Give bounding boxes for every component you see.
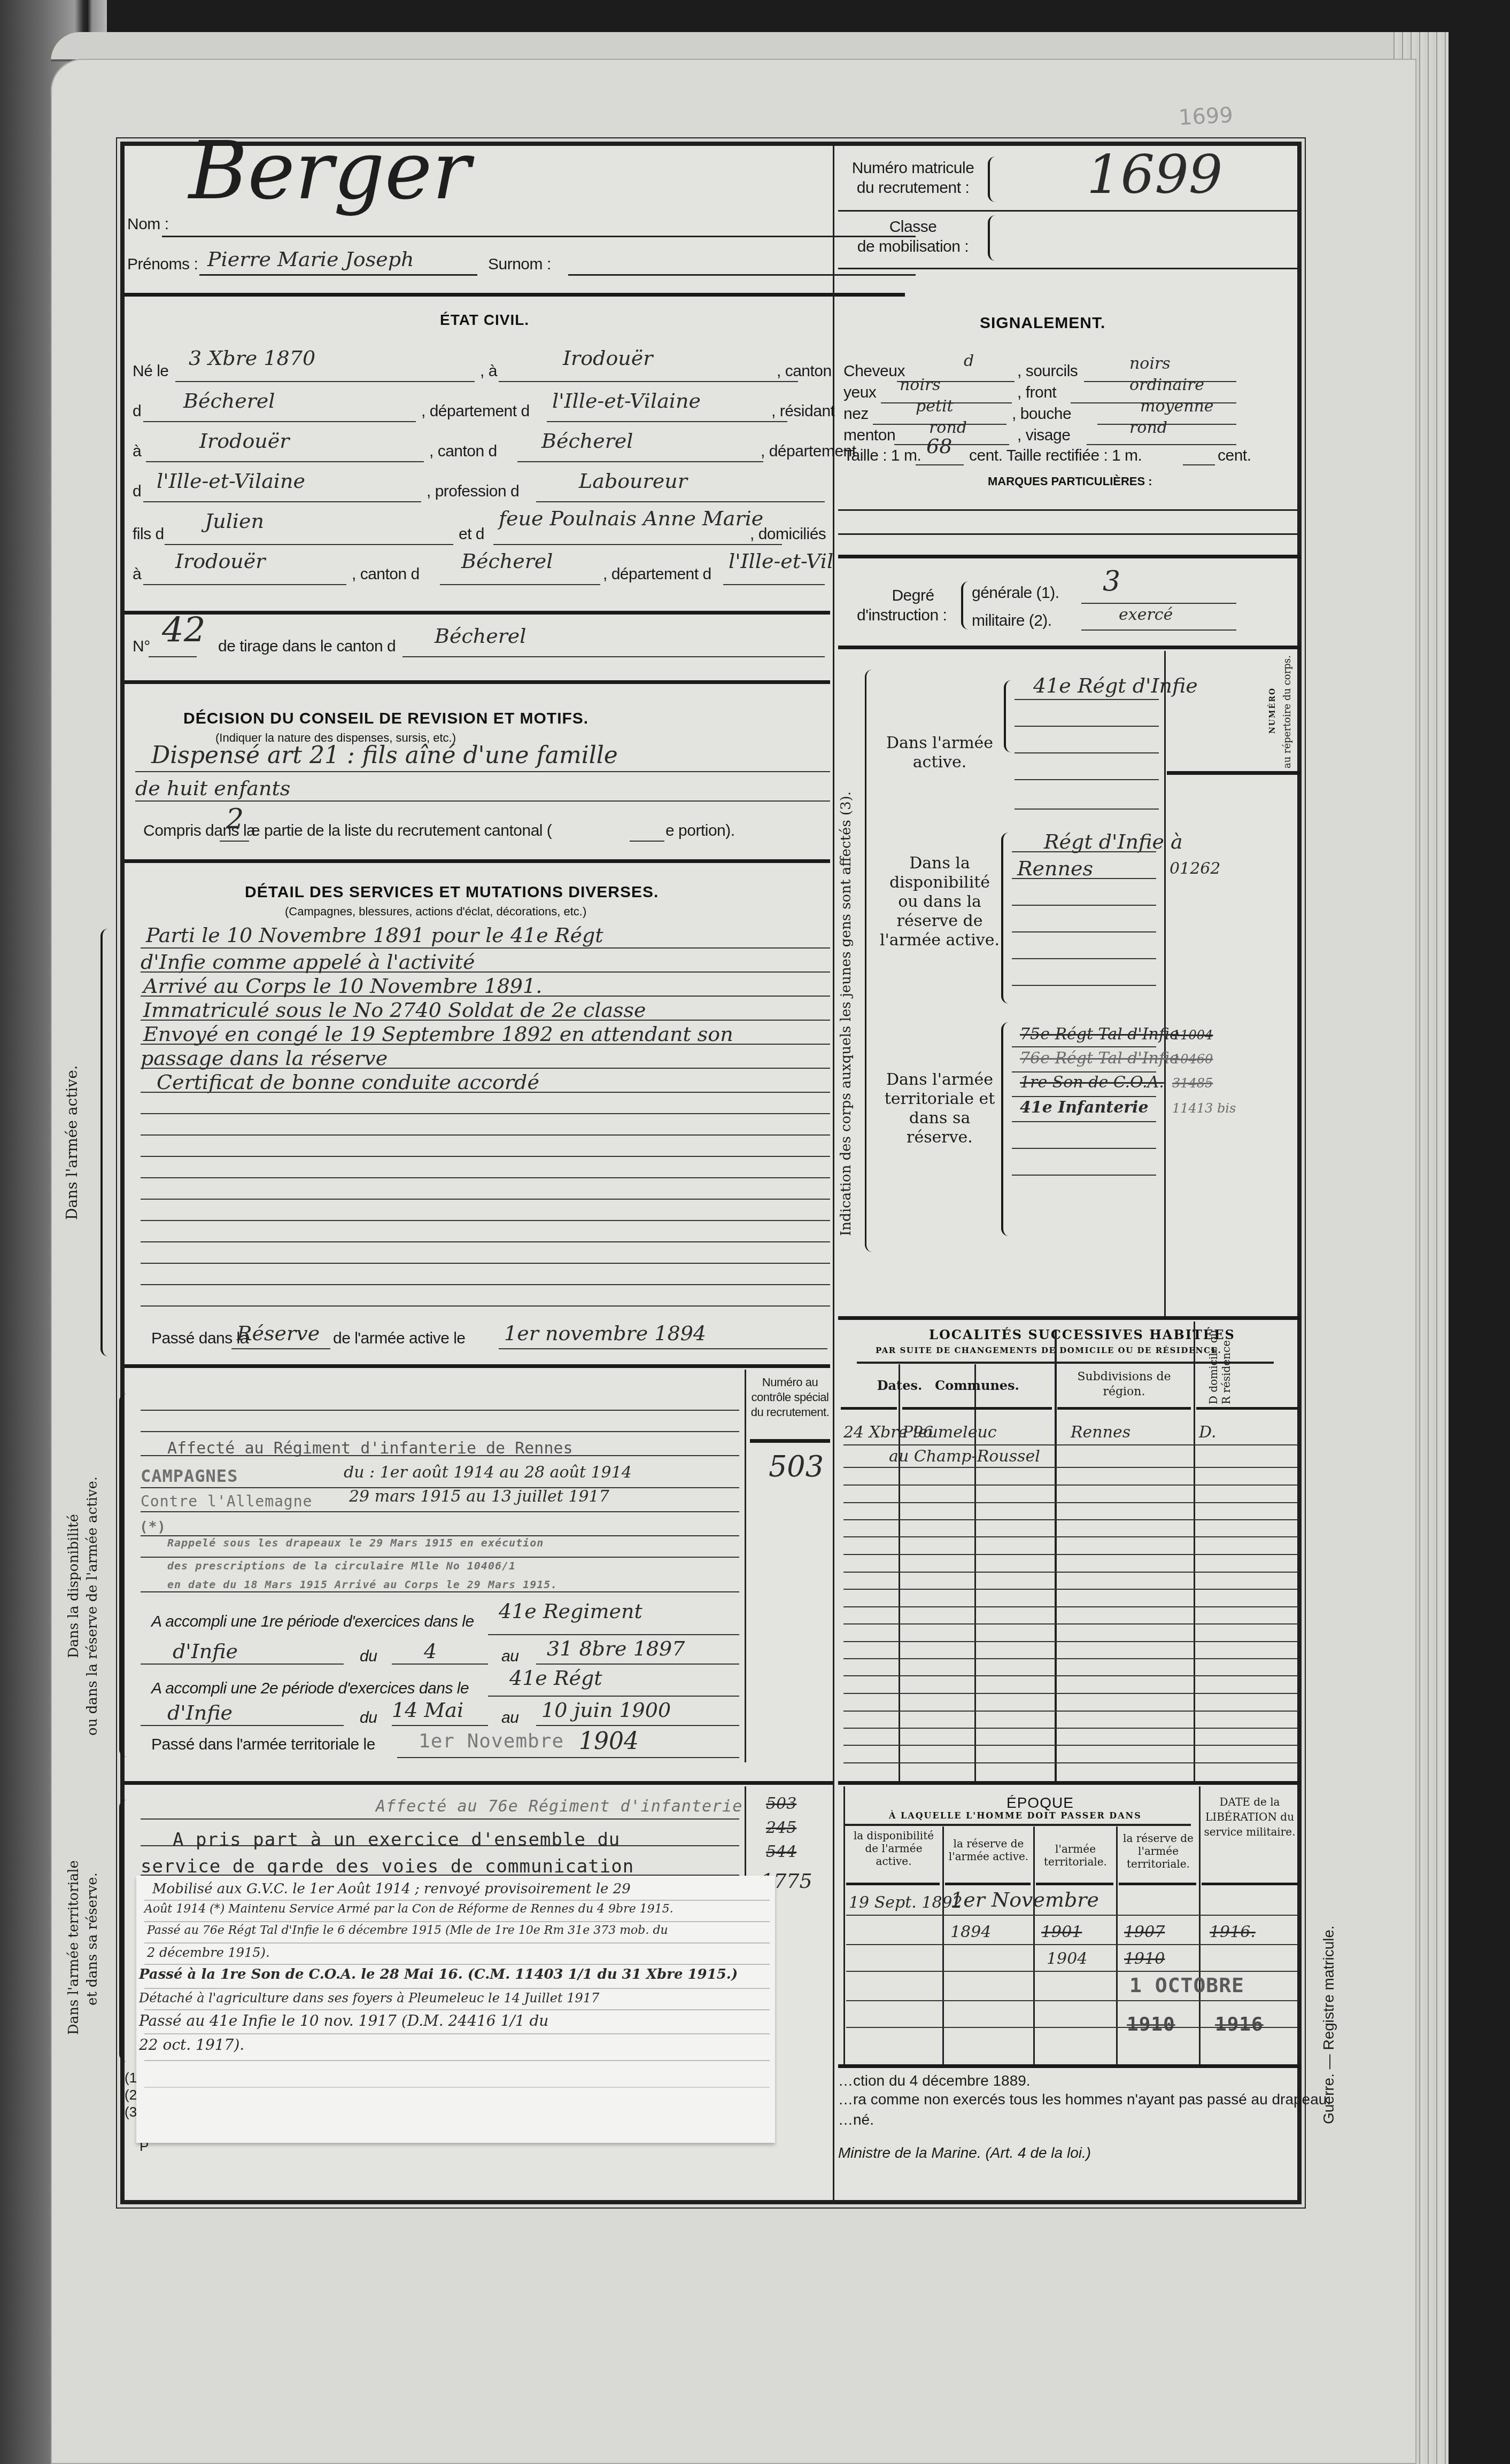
numero-header-1: NUMÉRO bbox=[1268, 687, 1277, 734]
marques-title: MARQUES PARTICULIÈRES : bbox=[988, 475, 1152, 488]
epoque-header-rule-3 bbox=[1036, 1883, 1113, 1885]
visage-label: , visage bbox=[1017, 426, 1070, 445]
active-brace bbox=[1004, 680, 1011, 752]
prenoms-label: Prénoms : bbox=[127, 255, 198, 274]
profession-label: , profession d bbox=[427, 483, 519, 501]
territoriale-side-label-1: Dans l'armée territoriale bbox=[66, 1860, 82, 2035]
passe-territoriale-stamp: 1er Novembre bbox=[419, 1730, 564, 1752]
campagnes-dates: du : 1er août 1914 au 28 août 1914 bbox=[344, 1463, 632, 1482]
line bbox=[144, 1921, 770, 1922]
territoriale-entry-3: 1re Son de C.O.A. bbox=[1020, 1073, 1164, 1092]
generale-value: 3 bbox=[1103, 565, 1120, 597]
domicile-canton-label: , canton d bbox=[352, 565, 420, 584]
service-line-1: Parti le 10 Novembre 1891 pour le 41e Ré… bbox=[146, 923, 603, 947]
signalement-title: SIGNALEMENT. bbox=[980, 314, 1105, 332]
pasted-line-1: Mobilisé aux G.V.C. le 1er Août 1914 ; r… bbox=[152, 1881, 631, 1897]
degre-label-2: d'instruction : bbox=[857, 607, 947, 625]
line bbox=[843, 1519, 1298, 1520]
matricule-label-2: du recrutement : bbox=[841, 179, 985, 197]
yeux-label: yeux bbox=[843, 384, 876, 402]
nom-label: Nom : bbox=[127, 215, 169, 234]
line bbox=[141, 1199, 830, 1200]
line bbox=[846, 1944, 1298, 1945]
yeux-value: noirs bbox=[900, 376, 941, 394]
nez-value: petit bbox=[916, 397, 954, 416]
line bbox=[843, 1658, 1298, 1659]
pasted-line-8: 22 oct. 1917). bbox=[139, 2036, 244, 2054]
line bbox=[1012, 931, 1156, 932]
marques-line-2 bbox=[838, 533, 1300, 535]
nom-value: Berger bbox=[189, 125, 470, 217]
line bbox=[220, 841, 249, 842]
passe-reserve-date: 1er novembre 1894 bbox=[504, 1322, 706, 1345]
dispo-brace bbox=[1001, 833, 1009, 1004]
line bbox=[630, 841, 664, 842]
epoque-col-reserve-active: la réserve de l'armée active. bbox=[945, 1837, 1032, 1863]
territoriale-controle-3: 544 bbox=[766, 1843, 796, 1861]
line bbox=[141, 1284, 830, 1285]
front-value: ordinaire bbox=[1129, 376, 1204, 394]
epoque-row-1-label: 1er Novembre bbox=[950, 1888, 1099, 1911]
line bbox=[488, 1634, 739, 1635]
ne-le-label: Né le bbox=[133, 362, 169, 380]
epoque-stamp-year-1: 1910 bbox=[1127, 2014, 1175, 2035]
active-label: Dans l'armée active. bbox=[878, 734, 1001, 772]
periode1-au-label: au bbox=[501, 1647, 518, 1666]
territoriale-number-2: 10460 bbox=[1172, 1052, 1213, 1067]
epoque-col-divider-4 bbox=[1199, 1786, 1201, 2064]
decision-line-2: de huit enfants bbox=[135, 776, 290, 800]
canton-value: Bécherel bbox=[183, 389, 275, 413]
line bbox=[144, 2009, 770, 2010]
line bbox=[135, 800, 830, 802]
line bbox=[144, 2033, 770, 2034]
line bbox=[1012, 851, 1156, 852]
menton-label: menton bbox=[843, 426, 895, 445]
numero-label: N° bbox=[133, 638, 150, 656]
residence-dept-d-label: d bbox=[133, 483, 141, 501]
passe-territoriale-label: Passé dans l'armée territoriale le bbox=[151, 1736, 375, 1754]
footnote-line-1: …ction du 4 décembre 1889. bbox=[838, 2072, 1031, 2089]
line bbox=[141, 947, 830, 949]
d-label: d bbox=[133, 402, 141, 421]
epoque-stamp-year-2: 1916 bbox=[1215, 2014, 1264, 2035]
line bbox=[846, 1915, 1298, 1916]
services-brace bbox=[100, 929, 108, 1356]
corner-pencil-number: 1699 bbox=[1178, 103, 1234, 130]
residant-label: , résidant bbox=[771, 402, 834, 421]
periode1-label: A accompli une 1re période d'exercices d… bbox=[151, 1613, 474, 1631]
numero-header-divider bbox=[1167, 771, 1300, 775]
dispo-label: Dans la disponibilité ou dans la réserve… bbox=[878, 854, 1001, 950]
line bbox=[1012, 1121, 1156, 1122]
domicile-departement-value: l'Ille-et-Vil bbox=[729, 549, 833, 573]
degre-divider bbox=[838, 646, 1300, 649]
line bbox=[141, 1818, 739, 1820]
residence-canton-label: , canton d bbox=[429, 442, 497, 461]
tirage-label: de tirage dans le canton d bbox=[218, 638, 396, 656]
pasted-line-2: Août 1914 (*) Maintenu Service Armé par … bbox=[144, 1902, 673, 1916]
footnote-line-3: …né. bbox=[838, 2111, 874, 2128]
line bbox=[843, 1728, 1298, 1729]
line bbox=[843, 1606, 1298, 1607]
dates-header-rule bbox=[841, 1407, 897, 1410]
line bbox=[1012, 1096, 1156, 1097]
line bbox=[1081, 603, 1236, 604]
epoque-header-rule-1 bbox=[846, 1883, 940, 1885]
line bbox=[843, 1711, 1298, 1712]
line bbox=[231, 1348, 330, 1349]
line bbox=[141, 1092, 830, 1093]
localites-divider bbox=[838, 1781, 1300, 1785]
localite-commune-1: Pleumeleuc bbox=[902, 1423, 997, 1442]
numero-tirage-value: 42 bbox=[162, 611, 205, 650]
line bbox=[536, 1725, 739, 1726]
line bbox=[141, 1020, 830, 1021]
territoriale-number-4: 11413 bis bbox=[1172, 1101, 1236, 1116]
line bbox=[1081, 629, 1236, 631]
line bbox=[141, 1068, 830, 1069]
line bbox=[1015, 699, 1159, 700]
territoriale-number-3: 31485 bbox=[1172, 1076, 1213, 1091]
residence-departement-label: , département bbox=[761, 442, 856, 461]
line bbox=[141, 1220, 830, 1221]
militaire-value: exercé bbox=[1119, 605, 1173, 624]
line bbox=[916, 464, 964, 465]
surnom-underline bbox=[568, 274, 916, 276]
pasted-line-4: 2 décembre 1915). bbox=[147, 1945, 270, 1960]
line bbox=[165, 544, 453, 545]
epoque-liberation-year: 1916. bbox=[1210, 1923, 1256, 1941]
dispo-side-label-2: ou dans la réserve de l'armée active. bbox=[84, 1476, 100, 1736]
line bbox=[1012, 985, 1156, 986]
line bbox=[144, 2060, 770, 2061]
line bbox=[499, 1348, 827, 1349]
line bbox=[1012, 905, 1156, 906]
etat-civil-title: ÉTAT CIVIL. bbox=[440, 312, 529, 329]
residence-value: Irodouër bbox=[199, 429, 289, 453]
numero-column-divider bbox=[1164, 651, 1166, 1316]
rappele-line-2: des prescriptions de la circulaire Mlle … bbox=[167, 1559, 516, 1572]
line bbox=[1015, 726, 1159, 727]
line bbox=[392, 1664, 488, 1665]
profession-value: Laboureur bbox=[579, 469, 687, 493]
line bbox=[143, 421, 416, 422]
domicilies-label: , domiciliés bbox=[750, 525, 826, 543]
line bbox=[144, 1988, 770, 1989]
pasted-line-7: Passé au 41e Infie le 10 nov. 1917 (D.M.… bbox=[139, 2012, 548, 2030]
line bbox=[843, 1762, 1298, 1763]
line bbox=[1015, 752, 1159, 753]
departement-value: l'Ille-et-Vilaine bbox=[552, 389, 701, 413]
periode1-du-label: du bbox=[360, 1647, 377, 1666]
line bbox=[843, 1467, 1298, 1468]
localite-dr-1: D. bbox=[1199, 1423, 1217, 1442]
classe-brace bbox=[988, 215, 995, 261]
line bbox=[141, 1591, 739, 1592]
corps-divider bbox=[838, 1316, 1300, 1320]
page-top-rim bbox=[51, 32, 1449, 61]
exercice-line-2: service de garde des voies de communicat… bbox=[141, 1856, 634, 1877]
subdivisions-header-rule bbox=[1057, 1407, 1191, 1410]
passe-reserve-label-2: de l'armée active le bbox=[333, 1330, 466, 1348]
portion-label: e portion). bbox=[665, 822, 735, 840]
line bbox=[149, 656, 197, 657]
line bbox=[843, 1589, 1298, 1590]
epoque-stamp-date: 1 OCTOBRE bbox=[1129, 1973, 1244, 1997]
rappele-line-3: en date du 18 Mars 1915 Arrivé au Corps … bbox=[167, 1578, 557, 1591]
periode2-corps-2: d'Infie bbox=[167, 1701, 233, 1724]
line bbox=[1015, 809, 1159, 810]
epoque-col-divider-2 bbox=[1033, 1826, 1035, 2064]
footnote-line-4: Ministre de la Marine. (Art. 4 de la loi… bbox=[838, 2144, 1091, 2162]
territoriale-brace bbox=[119, 1800, 127, 2062]
localite-commune-2: au Champ-Roussel bbox=[889, 1447, 1040, 1466]
a-label: , à bbox=[480, 362, 497, 380]
taille-label: Taille : 1 m. bbox=[843, 447, 921, 465]
pasted-line-5: Passé à la 1re Son de C.O.A. le 28 Mai 1… bbox=[139, 1966, 738, 1983]
territoriale-side-label-2: et dans sa réserve. bbox=[84, 1872, 100, 2006]
pasted-line-6: Détaché à l'agriculture dans ses foyers … bbox=[139, 1991, 599, 2006]
periode2-au-label: au bbox=[501, 1709, 518, 1727]
line bbox=[488, 1696, 739, 1697]
line bbox=[843, 1745, 1298, 1746]
controle-column-divider bbox=[745, 1370, 746, 1762]
line bbox=[141, 1431, 739, 1432]
decision-divider bbox=[125, 859, 830, 863]
line bbox=[141, 1134, 830, 1136]
localite-subdivision-1: Rennes bbox=[1071, 1423, 1130, 1442]
contre-stamp: Contre l'Allemagne bbox=[141, 1493, 312, 1510]
residence-departement-value: l'Ille-et-Vilaine bbox=[157, 469, 305, 493]
periode2-au: 10 juin 1900 bbox=[541, 1698, 671, 1722]
taille-value: 68 bbox=[926, 434, 952, 458]
dr-column-divider bbox=[1194, 1322, 1195, 1781]
degre-label-1: Degré bbox=[873, 587, 953, 605]
classe-divider bbox=[838, 268, 1300, 269]
line bbox=[499, 381, 798, 382]
line bbox=[141, 1241, 830, 1242]
exercice-line-1: A pris part à un exercice d'ensemble du bbox=[173, 1829, 620, 1851]
pere-value: Julien bbox=[205, 509, 264, 533]
cheveux-value: d bbox=[964, 352, 974, 370]
epoque-col-divider-3 bbox=[1116, 1826, 1118, 2064]
sourcils-label: , sourcils bbox=[1017, 362, 1078, 380]
territoriale-number-1: 11004 bbox=[1172, 1028, 1213, 1043]
col-communes: Communes. bbox=[902, 1378, 1052, 1393]
line bbox=[843, 1641, 1298, 1642]
cheveux-label: Cheveux bbox=[843, 362, 905, 380]
service-line-6: passage dans la réserve bbox=[141, 1046, 388, 1070]
pasted-line-3: Passé au 76e Régt Tal d'Infie le 6 décem… bbox=[147, 1924, 668, 1937]
nez-label: nez bbox=[843, 405, 869, 423]
controle-value: 503 bbox=[769, 1450, 824, 1483]
tirage-canton-value: Bécherel bbox=[435, 624, 526, 648]
line bbox=[1183, 464, 1215, 465]
partie-label: e partie de la liste du recrutement cant… bbox=[251, 822, 552, 840]
pasted-annotation-slip: Mobilisé aux G.V.C. le 1er Août 1914 ; r… bbox=[136, 1876, 775, 2143]
line bbox=[843, 1502, 1298, 1503]
line bbox=[141, 1305, 830, 1307]
territoriale-entry-1: 75e Régt Tal d'Infie bbox=[1020, 1025, 1179, 1044]
line bbox=[141, 1845, 739, 1846]
localites-title: LOCALITÉS SUCCESSIVES HABITÉES bbox=[929, 1327, 1235, 1342]
line bbox=[141, 1557, 739, 1558]
epoque-reserve-territoriale-year-2: 1910 bbox=[1124, 1949, 1165, 1968]
epoque-header-rule-5 bbox=[1202, 1883, 1298, 1885]
line bbox=[846, 1971, 1298, 1972]
epoque-subtitle: À LAQUELLE L'HOMME DOIT PASSER DANS bbox=[889, 1810, 1142, 1821]
classe-label-2: de mobilisation : bbox=[841, 238, 985, 256]
cent-label-2: cent. bbox=[1218, 447, 1251, 465]
prenoms-value: Pierre Marie Joseph bbox=[207, 247, 414, 271]
localites-subtitle: PAR SUITE DE CHANGEMENTS DE DOMICILE OU … bbox=[876, 1346, 1221, 1355]
line bbox=[1012, 1046, 1156, 1047]
subdivisions-column-divider bbox=[1055, 1330, 1057, 1781]
line bbox=[843, 1693, 1298, 1694]
col-subdivisions: Subdivisions de région. bbox=[1057, 1370, 1191, 1400]
line bbox=[144, 2087, 770, 2088]
residence-canton-value: Bécherel bbox=[541, 429, 633, 453]
footnote-line-2: …ra comme non exercés tous les hommes n'… bbox=[838, 2091, 1331, 2108]
passe-reserve-value: Réserve bbox=[237, 1322, 320, 1345]
line bbox=[843, 1536, 1298, 1537]
periode2-du-label: du bbox=[360, 1709, 377, 1727]
epoque-territoriale-year-2: 1904 bbox=[1047, 1949, 1087, 1968]
line bbox=[135, 771, 830, 772]
militaire-label: militaire (2). bbox=[972, 612, 1052, 630]
generale-label: générale (1). bbox=[972, 584, 1059, 602]
periode1-du: 4 bbox=[424, 1639, 437, 1663]
line bbox=[141, 1044, 830, 1045]
fils-label: fils d bbox=[133, 525, 164, 543]
line bbox=[144, 1900, 770, 1901]
service-line-2: d'Infie comme appelé à l'activité bbox=[141, 950, 475, 974]
line bbox=[1015, 779, 1159, 780]
line bbox=[843, 1484, 1298, 1486]
dispo-entry-1: Régt d'Infie à bbox=[1044, 830, 1183, 853]
cent-label: cent. Taille rectifiée : 1 m. bbox=[969, 447, 1142, 465]
line bbox=[175, 381, 475, 382]
numero-header-2: au répertoire du corps. bbox=[1282, 655, 1293, 768]
matricule-value: 1699 bbox=[1087, 143, 1223, 206]
line bbox=[440, 584, 600, 585]
canton-label: , canton bbox=[777, 362, 832, 380]
campagnes-stamp: CAMPAGNES bbox=[141, 1466, 238, 1486]
epoque-disponibilite-date: 19 Sept. 1892 bbox=[849, 1893, 963, 1912]
residence-a-label: à bbox=[133, 442, 141, 461]
services-subtitle: (Campagnes, blessures, actions d'éclat, … bbox=[285, 905, 586, 919]
classe-label-1: Classe bbox=[841, 218, 985, 236]
territoriale-corps-label: Dans l'armée territoriale et dans sa rés… bbox=[878, 1070, 1001, 1147]
line bbox=[143, 584, 346, 585]
tirage-divider bbox=[125, 680, 830, 684]
service-line-3: Arrivé au Corps le 10 Novembre 1891. bbox=[143, 974, 542, 998]
territoriale-affecte-stamp: Affecté au 76e Régiment d'infanterie bbox=[376, 1797, 742, 1816]
domicile-a-label: à bbox=[133, 565, 141, 584]
line bbox=[1012, 1175, 1156, 1176]
marques-divider bbox=[838, 555, 1300, 558]
line bbox=[141, 1410, 739, 1411]
service-line-4: Immatriculé sous le No 2740 Soldat de 2e… bbox=[143, 998, 646, 1022]
epoque-title: ÉPOQUE bbox=[1006, 1794, 1074, 1812]
periode1-au: 31 8bre 1897 bbox=[547, 1637, 685, 1660]
territoriale-entry-2: 76e Régt Tal d'Infie bbox=[1020, 1049, 1179, 1068]
epoque-col-territoriale: l'armée territoriale. bbox=[1036, 1843, 1115, 1868]
line bbox=[843, 1444, 1298, 1445]
line bbox=[846, 2000, 1298, 2001]
services-divider bbox=[125, 1364, 830, 1368]
epoque-territoriale-year: 1901 bbox=[1041, 1923, 1082, 1941]
line bbox=[517, 461, 763, 462]
periode2-label: A accompli une 2e période d'exercices da… bbox=[151, 1680, 469, 1698]
line bbox=[536, 1664, 739, 1665]
dispo-side-label-1: Dans la disponibilité bbox=[66, 1514, 82, 1658]
territoriale-brace bbox=[1001, 1022, 1009, 1236]
line bbox=[141, 1177, 830, 1178]
epoque-header-rule-2 bbox=[945, 1883, 1031, 1885]
services-title: DÉTAIL DES SERVICES ET MUTATIONS DIVERSE… bbox=[245, 883, 659, 901]
ne-le-value: 3 Xbre 1870 bbox=[189, 346, 315, 370]
matricule-brace bbox=[988, 157, 995, 202]
line bbox=[1012, 1071, 1156, 1072]
line bbox=[1012, 958, 1156, 959]
degre-brace bbox=[961, 581, 969, 629]
territoriale-controle-2: 245 bbox=[766, 1818, 796, 1837]
matricule-label-1: Numéro matricule bbox=[841, 159, 985, 177]
service-line-7: Certificat de bonne conduite accordé bbox=[157, 1070, 539, 1094]
decision-title: DÉCISION DU CONSEIL DE REVISION ET MOTIF… bbox=[183, 710, 588, 728]
service-line-5: Envoyé en congé le 19 Septembre 1892 en … bbox=[143, 1022, 733, 1046]
sourcils-value: noirs bbox=[1129, 354, 1171, 373]
territoriale-entry-4: 41e Infanterie bbox=[1020, 1098, 1149, 1117]
line bbox=[143, 501, 421, 502]
line bbox=[141, 971, 830, 973]
line bbox=[144, 1942, 770, 1944]
line bbox=[141, 1156, 830, 1157]
line bbox=[141, 1511, 739, 1512]
line bbox=[493, 544, 782, 545]
surnom-label: Surnom : bbox=[488, 255, 551, 274]
periode1-corps-2: d'Infie bbox=[173, 1639, 238, 1663]
dispo-divider bbox=[125, 1781, 833, 1785]
marques-line-1 bbox=[838, 509, 1300, 511]
col-dr: D domicile ou R résidence. bbox=[1207, 1324, 1233, 1404]
passe-reserve-label-1: Passé dans la bbox=[151, 1330, 249, 1348]
dispo-number: 01262 bbox=[1170, 859, 1220, 878]
line bbox=[392, 1725, 488, 1726]
line bbox=[1012, 1148, 1156, 1149]
contre-dates: 29 mars 1915 au 13 juillet 1917 bbox=[349, 1487, 609, 1506]
epoque-col-divider-1 bbox=[942, 1826, 944, 2064]
compris-value: 2 bbox=[226, 803, 244, 835]
prenoms-underline bbox=[199, 274, 477, 276]
line bbox=[547, 421, 787, 422]
controle-header-divider bbox=[750, 1439, 830, 1443]
et-de-label: et d bbox=[459, 525, 484, 543]
rappele-line-1: Rappelé sous les drapeaux le 29 Mars 191… bbox=[167, 1536, 544, 1549]
dispo-entry-2: Rennes bbox=[1017, 857, 1093, 880]
line bbox=[402, 656, 825, 657]
nom-underline bbox=[162, 236, 916, 237]
passe-territoriale-year: 1904 bbox=[579, 1728, 639, 1755]
line bbox=[141, 996, 830, 997]
line bbox=[141, 1455, 739, 1456]
epoque-ornament bbox=[843, 1824, 1191, 1826]
active-entry: 41e Régt d'Infie bbox=[1033, 674, 1198, 697]
epoque-header-rule-4 bbox=[1119, 1883, 1196, 1885]
periode2-du: 14 Mai bbox=[392, 1698, 463, 1722]
